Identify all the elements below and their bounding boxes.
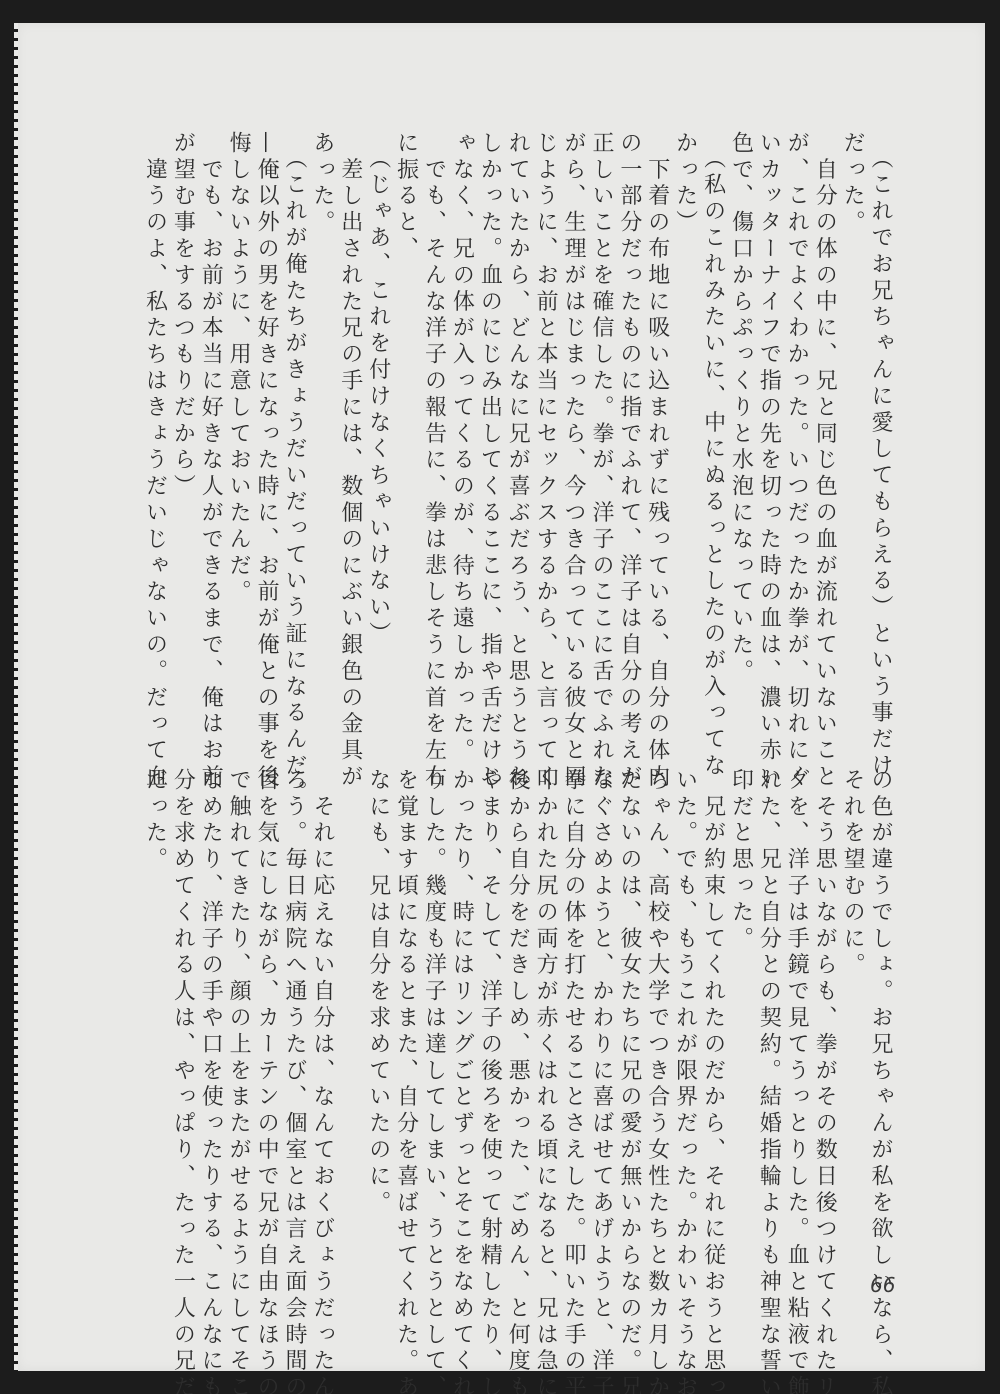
text-column: が、これでよくわかった。いつだったか拳が、切れにく [782,131,810,631]
text-column: 差し出された兄の手には、数個のにぶい銀色の金具が [336,131,364,631]
text-column: 目を気にしながら、カーテンの中で兄が自由なほうの手 [252,768,280,1288]
text-column: でも、そんな洋子の報告に、拳は悲しそうに首を左右 [420,131,448,631]
text-column: 兄が約束してくれたのだから、それに従おうと思って [699,768,727,1288]
text-column: に振ると、 [392,131,420,631]
text-column: なぐさめようと、かわりに喜ばせてあげようと、洋子は [587,768,615,1288]
text-column: （これが俺たちがきょうだいだっていう証になるんだ。 [280,131,308,631]
text-column: かったり、時にはリングごとずっとそこをなめてくれた [448,768,476,1288]
text-column: の色が違うでしょ。お兄ちゃんが私を欲しいなら、私も [866,768,894,1288]
page-number: 66 [870,1273,895,1297]
text-column: 正しいことを確信した。拳が、洋子のここに舌でふれな [587,131,615,631]
text-column: グを、洋子は手鏡で見てうっとりした。血と粘液で飾ら [782,768,810,1288]
text-column: それを望むのに。 [838,768,866,1288]
text-column: あった。 [308,131,336,631]
text-column: 下着の布地に吸い込まれずに残っている、自分の体内 [643,131,671,631]
text-column: 後から自分をだきしめ、悪かった、ごめん、と何度もあ [503,768,531,1288]
text-column: （私のこれみたいに、中にぬるっとしたのが入ってな [699,131,727,631]
text-column: いカッターナイフで指の先を切った時の血は、濃い赤い [754,131,782,631]
text-column: ろう。毎日病院へ通うたび、個室とは言え面会時間の人 [280,768,308,1288]
text-column: 叩かれた尻の両方が赤くはれる頃になると、兄は急に背 [531,768,559,1288]
text-column: ちゃん、高校や大学でつき合う女性たちと数カ月しかも [643,768,671,1288]
text-column: でも、お前が本当に好きな人ができるまで、俺はお前 [196,131,224,631]
text-column [336,768,364,1288]
text-column: だった。 [838,131,866,631]
text-column: 自分の体の中に、兄と同じ色の血が流れていないこと [810,131,838,631]
text-column: —俺以外の男を好きになった時に、お前が俺との事を後 [252,131,280,631]
text-column: そう思いながらも、拳がその数日後つけてくれたリン [810,768,838,1288]
text-column: しかった。血のにじみ出してくるここに、指や舌だけじ [475,131,503,631]
text-block-bottom: の色が違うでしょ。お兄ちゃんが私を欲しいなら、私もそれを望むのに。 そう思いなが… [141,768,894,1288]
text-column: 拳に自分の体を打たせることさえした。叩いた手の平と、 [559,768,587,1288]
text-column: だった。 [141,768,169,1288]
text-column: れていたから、どんなに兄が喜ぶだろう、と思うとうれ [503,131,531,631]
text-column: を覚ます頃になるとまた、自分を喜ばせてくれた。あん [392,768,420,1288]
text-column: なにも、兄は自分を求めていたのに。 [364,768,392,1288]
text-column: で触れてきたり、顔の上をまたがせるようにしてそこを [224,768,252,1288]
text-column: がら、生理がはじまったら、今つき合っている彼女と同 [559,131,587,631]
text-column: たないのは、彼女たちに兄の愛が無いからなのだ。兄を [615,768,643,1288]
text-block-top: （これでお兄ちゃんに愛してもらえる）という事だけだった。 自分の体の中に、兄と同… [141,131,894,631]
scanned-page: （これでお兄ちゃんに愛してもらえる）という事だけだった。 自分の体の中に、兄と同… [17,23,985,1371]
text-column: （じゃあ、これを付けなくちゃいけない） [364,131,392,631]
text-column: なめたり、洋子の手や口を使ったりする、こんなにも自 [196,768,224,1288]
text-column: それに応えない自分は、なんておくびょうだったんだ [308,768,336,1288]
text-column: の一部分だったものに指でふれて、洋子は自分の考えが [615,131,643,631]
text-column: じように、お前と本当にセックスするから、と言ってく [531,131,559,631]
text-column: 色で、傷口からぷっくりと水泡になっていた。 [727,131,755,631]
text-column: いた。でも、もうこれが限界だった。かわいそうなお兄 [671,768,699,1288]
text-column: 悔しないように、用意しておいたんだ。 [224,131,252,631]
text-column: ゃなく、兄の体が入ってくるのが、待ち遠しかった。 [448,131,476,631]
text-column: やまり、そして、洋子の後ろを使って射精したり、しな [475,768,503,1288]
text-column: 分を求めてくれる人は、やっぱり、たった一人の兄だけ [168,768,196,1288]
text-column: 違うのよ、私たちはきょうだいじゃないの。だって血 [141,131,169,631]
text-column: りした。幾度も洋子は達してしまい、うとうとして、目 [420,768,448,1288]
text-column: れた、兄と自分との契約。結婚指輪よりも神聖な誓いの [754,768,782,1288]
text-column: 印だと思った。 [727,768,755,1288]
text-column: が望む事をするつもりだから） [168,131,196,631]
text-column: （これでお兄ちゃんに愛してもらえる）という事だけ [866,131,894,631]
text-column: かった） [671,131,699,631]
